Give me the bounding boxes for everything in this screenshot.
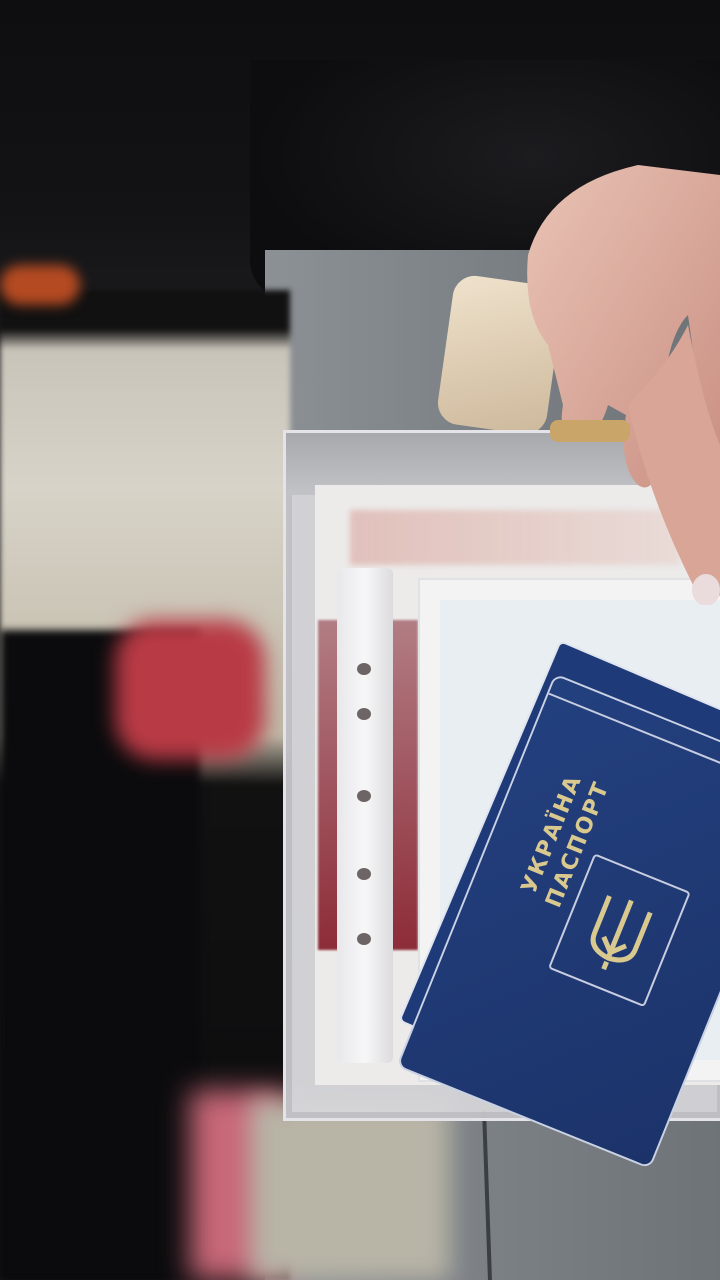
punch-hole — [357, 790, 371, 802]
punch-hole — [357, 663, 371, 675]
blurred-red-object — [115, 620, 265, 760]
punch-hole — [357, 868, 371, 880]
blurred-beige-strip — [250, 1100, 450, 1280]
blurred-orange-strip — [0, 265, 80, 305]
punched-sleeve-strip — [337, 568, 393, 1063]
hand — [488, 165, 720, 605]
punch-hole — [357, 933, 371, 945]
punch-hole — [357, 708, 371, 720]
